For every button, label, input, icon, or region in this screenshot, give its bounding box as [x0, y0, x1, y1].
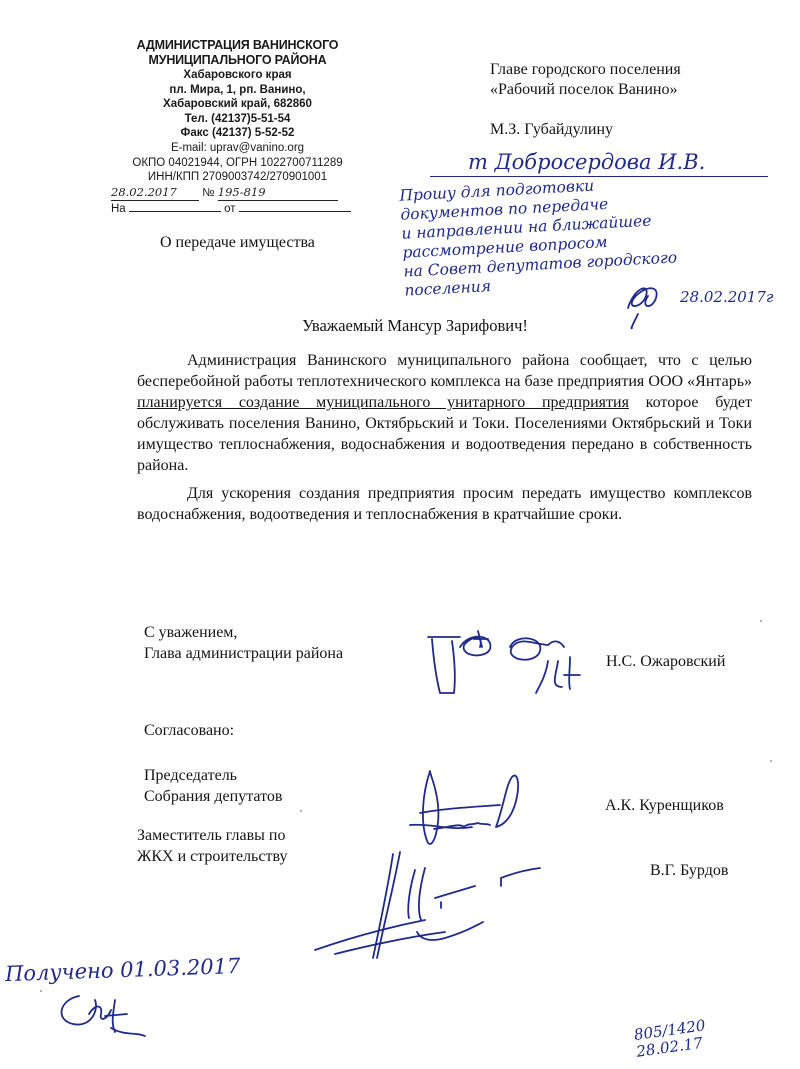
received-signature [55, 990, 155, 1040]
letterhead: АДМИНИСТРАЦИЯ ВАНИНСКОГО МУНИЦИПАЛЬНОГО … [105, 38, 370, 217]
approver-2-name: В.Г. Бурдов [650, 862, 728, 880]
org-address-2: Хабаровский край, 682860 [105, 97, 370, 112]
outgoing-number: 195-819 [218, 185, 266, 199]
scan-speck [300, 810, 302, 812]
approver-2-position-line2: ЖКХ и строительству [137, 846, 287, 867]
handwritten-resolution: т Добросердова И.В. Прошу для подготовки… [395, 150, 795, 301]
approver-1-position-line1: Председатель [144, 765, 282, 786]
approver-2-signature [305, 850, 535, 960]
scan-speck [760, 620, 762, 622]
addressee-name: М.З. Губайдулину [490, 120, 681, 140]
closing-position: Глава администрации района [144, 643, 343, 664]
org-name-line2: МУНИЦИПАЛЬНОГО РАЙОНА [105, 53, 370, 68]
approver-1-position: Председатель Собрания депутатов [144, 765, 282, 807]
reference-line: На от [105, 201, 370, 217]
resolution-text: Прошу для подготовки документов по перед… [395, 166, 800, 301]
approver-1-signature [400, 765, 540, 855]
org-email: E-mail: uprav@vanino.org [105, 141, 370, 156]
approver-2-position-line1: Заместитель главы по [137, 825, 287, 846]
scan-speck [40, 990, 42, 992]
resolution-date: 28.02.2017г [680, 288, 773, 306]
org-name-line1: АДМИНИСТРАЦИЯ ВАНИНСКОГО [105, 38, 370, 53]
received-note: Получено 01.03.2017 [5, 954, 241, 986]
ref-label: На [111, 203, 126, 215]
approver-2-position: Заместитель главы по ЖКХ и строительству [137, 825, 287, 867]
greeting: Уважаемый Мансур Зарифович! [0, 316, 800, 336]
body-p1-start: Администрация Ванинского муниципального … [137, 352, 752, 390]
letter-subject: О передаче имущества [160, 234, 315, 252]
body-paragraph-2: Для ускорения создания предприятия проси… [137, 483, 752, 525]
addressee-line1: Главе городского поселения [490, 60, 681, 80]
closing-block: С уважением, Глава администрации района [144, 622, 343, 664]
head-signature [420, 625, 600, 705]
org-region: Хабаровского края [105, 68, 370, 83]
approver-1-position-line2: Собрания депутатов [144, 786, 282, 807]
incoming-stamp: 805/1420 28.02.17 [633, 1017, 709, 1061]
outgoing-date-field: 28.02.2017 [111, 185, 199, 202]
from-label: от [224, 203, 235, 215]
approval-label: Согласовано: [144, 720, 234, 741]
outgoing-number-field: 195-819 [218, 185, 338, 202]
org-phone: Тел. (42137)5-51-54 [105, 112, 370, 127]
number-label: № [202, 187, 214, 199]
org-address-1: пл. Мира, 1, рп. Ванино, [105, 83, 370, 98]
body-p1-underlined: планируется создание муниципального унит… [137, 394, 629, 411]
ref-number-field [129, 201, 221, 212]
addressee-line2: «Рабочий поселок Ванино» [490, 80, 681, 100]
head-name: Н.С. Ожаровский [606, 653, 725, 671]
body-paragraph-1: Администрация Ванинского муниципального … [137, 350, 752, 476]
addressee-block: Главе городского поселения «Рабочий посе… [490, 60, 681, 140]
scan-speck [770, 760, 772, 762]
letter-body: Администрация Ванинского муниципального … [137, 350, 752, 525]
org-okpo-ogrn: ОКПО 04021944, ОГРН 1022700711289 [105, 156, 370, 171]
outgoing-reg-line: 28.02.2017 № 195-819 [105, 185, 370, 202]
org-inn-kpp: ИНН/КПП 2709003742/270901001 [105, 170, 370, 185]
ref-date-field [239, 201, 351, 212]
approver-1-name: А.К. Куренщиков [605, 797, 724, 815]
closing-regards: С уважением, [144, 622, 343, 643]
outgoing-date: 28.02.2017 [111, 185, 177, 199]
org-fax: Факс (42137) 5-52-52 [105, 126, 370, 141]
